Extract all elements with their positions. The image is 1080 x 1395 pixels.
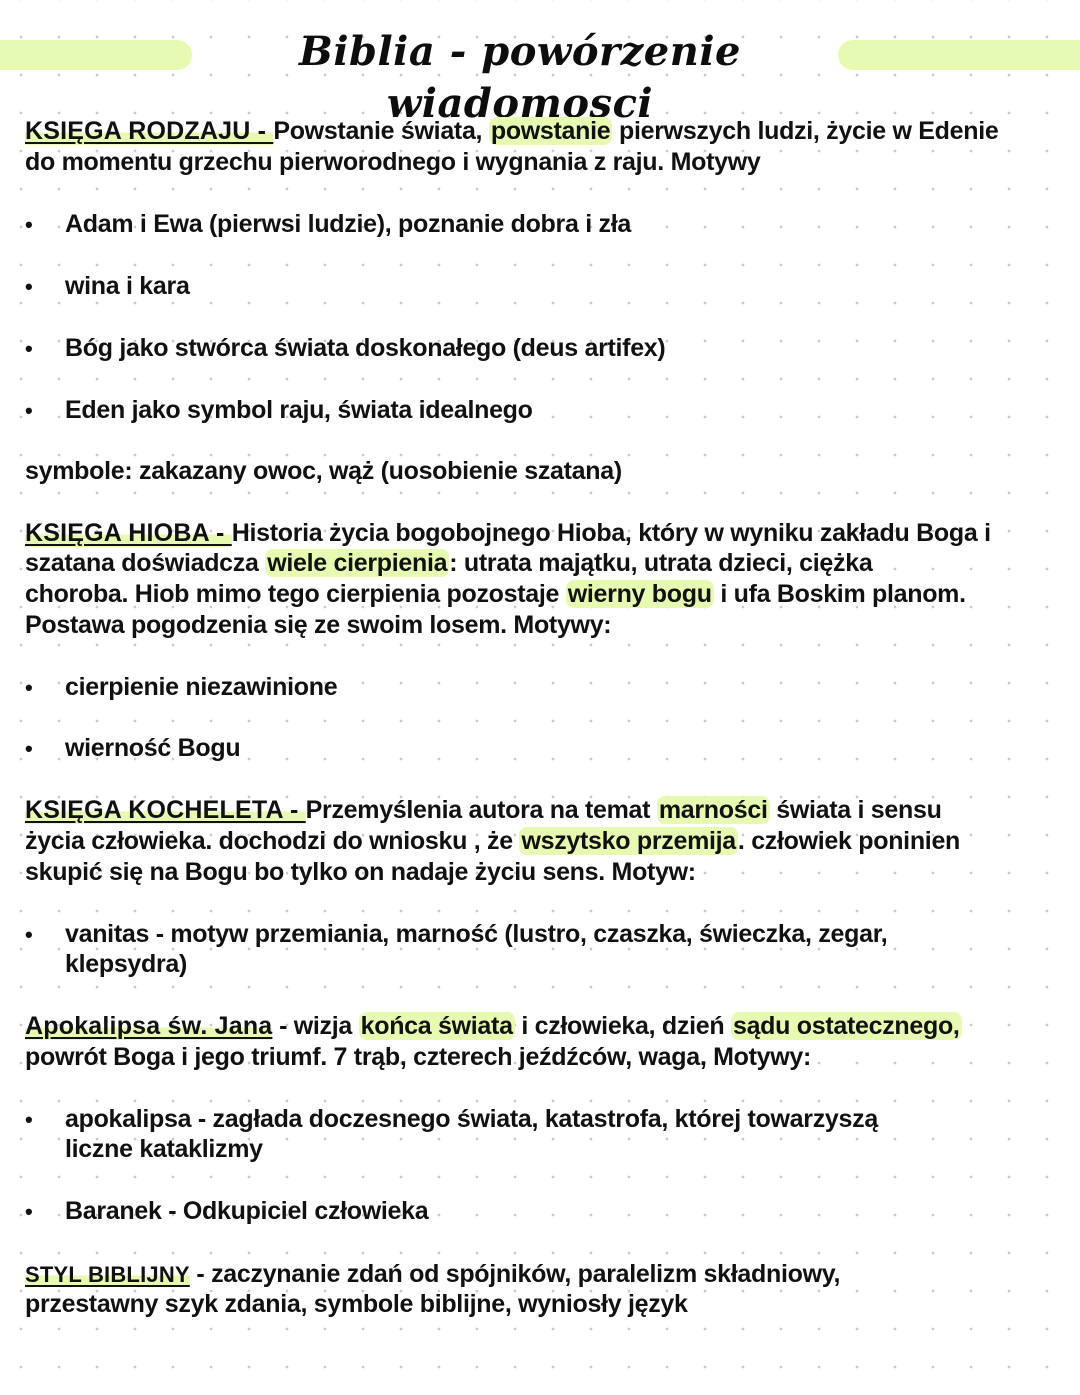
- hioba-line-3: choroba. Hiob mimo tego cierpienia pozos…: [25, 579, 966, 610]
- hioba-line-2: szatana doświadcza wiele cierpienia: utr…: [25, 548, 872, 579]
- apokalipsa-line-1: Apokalipsa św. Jana - wizja końca świata…: [25, 1011, 962, 1042]
- title-highlight-left: [0, 40, 192, 70]
- section-heading-hioba: KSIĘGA HIOBA -: [25, 519, 232, 547]
- title-highlight-right: [838, 40, 1080, 70]
- bullet-icon: •: [25, 1196, 45, 1227]
- title-block: Biblia - powórzenie wiadomosci: [0, 26, 1080, 82]
- kocheleta-line-1: KSIĘGA KOCHELETA - Przemyślenia autora n…: [25, 795, 942, 826]
- bullet-icon: •: [25, 333, 45, 364]
- page-title: Biblia - powórzenie wiadomosci: [200, 26, 840, 130]
- highlight: końca świata: [359, 1012, 515, 1040]
- rodzaju-line-2: do momentu grzechu pierworodnego i wygna…: [25, 147, 760, 178]
- kocheleta-line-3: skupić się na Bogu bo tylko on nadaje ży…: [25, 857, 696, 888]
- section-heading-rodzaju: KSIĘGA RODZAJU -: [25, 117, 273, 145]
- bullet-icon: •: [25, 919, 45, 950]
- highlight: wierny bogu: [566, 580, 714, 608]
- bullet-icon: •: [25, 209, 45, 240]
- kocheleta-line-2: życia człowieka. dochodzi do wniosku , ż…: [25, 826, 960, 857]
- apokalipsa-line-2: powrót Boga i jego triumf. 7 trąb, czter…: [25, 1042, 811, 1073]
- bullet-icon: •: [25, 271, 45, 302]
- bullet-icon: •: [25, 395, 45, 426]
- rodzaju-line-1: KSIĘGA RODZAJU - Powstanie świata, powst…: [25, 116, 998, 147]
- highlight: powstanie: [489, 117, 613, 145]
- bullet-icon: •: [25, 733, 45, 764]
- hioba-line-1: KSIĘGA HIOBA - Historia życia bogobojneg…: [25, 518, 991, 549]
- highlight: sądu ostatecznego,: [731, 1012, 962, 1040]
- styl-line-2: przestawny szyk zdania, symbole biblijne…: [25, 1289, 688, 1320]
- highlight: wszytsko przemija: [519, 827, 737, 855]
- section-heading-kocheleta: KSIĘGA KOCHELETA -: [25, 796, 306, 824]
- rodzaju-symbols: symbole: zakazany owoc, wąż (uosobienie …: [25, 456, 622, 487]
- highlight: wiele cierpienia: [265, 549, 449, 577]
- hioba-line-4: Postawa pogodzenia się ze swoim losem. M…: [25, 610, 611, 641]
- highlight: marności: [657, 796, 770, 824]
- bullet-icon: •: [25, 1104, 45, 1135]
- section-heading-styl: STYL BIBLIJNY: [25, 1262, 190, 1287]
- styl-line-1: STYL BIBLIJNY - zaczynanie zdań od spójn…: [25, 1259, 840, 1290]
- bullet-icon: •: [25, 672, 45, 703]
- section-heading-apokalipsa: Apokalipsa św. Jana: [25, 1012, 272, 1040]
